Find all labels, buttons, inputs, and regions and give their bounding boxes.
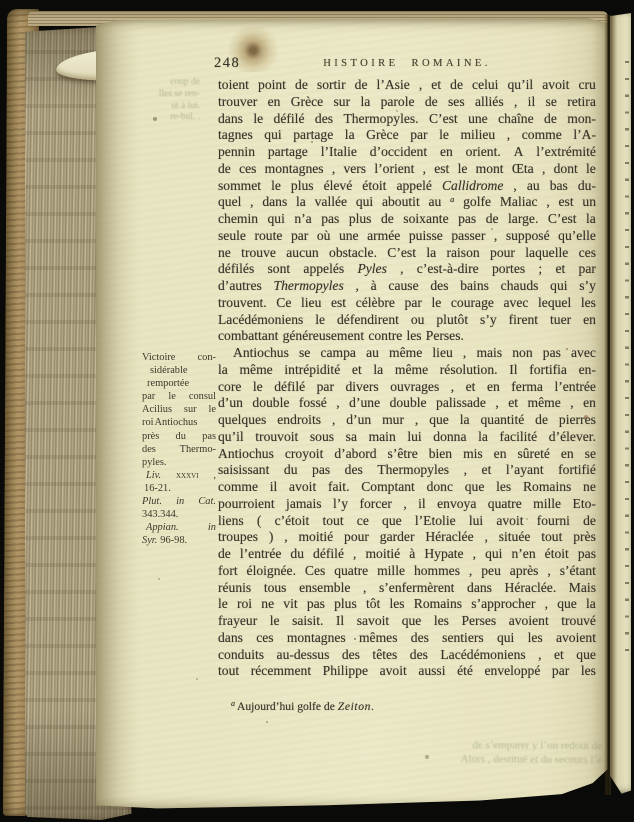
text-segment: palissade: [436, 395, 486, 411]
body-text: toientpointdesortirdel’Asie,etdeceluiqu’…: [218, 77, 596, 680]
footnote-segment: Zeiton: [338, 700, 371, 713]
text-segment: ,: [464, 462, 467, 478]
text-segment: de: [425, 94, 438, 110]
text-segment: la: [478, 429, 488, 445]
text-segment: Héraclée.: [505, 580, 557, 596]
text-segment: ,: [547, 563, 550, 579]
text-segment: de: [450, 77, 463, 93]
text-segment: Romains: [523, 479, 571, 495]
text-segment: golfe: [463, 194, 491, 210]
text-line: Antiochussecampaaumêmelieu,maisnonpasave…: [218, 345, 596, 362]
text-segment: in: [176, 496, 184, 507]
text-segment: avoit: [289, 479, 316, 495]
text-segment: celui: [472, 77, 498, 93]
text-segment: ce: [357, 513, 369, 529]
text-segment: chauds: [501, 278, 539, 294]
text-segment: ,: [336, 395, 339, 411]
text-line: Syr.96-98.: [142, 535, 216, 548]
text-segment: s’y: [480, 312, 497, 328]
text-segment: a: [450, 194, 454, 204]
text-line: d’undoublefossé,d’unedoublepalissade,etm…: [218, 395, 596, 412]
gutter-crease: [604, 15, 611, 795]
text-segment: ,: [494, 228, 497, 244]
text-segment: têtes: [372, 647, 397, 663]
text-segment: au: [366, 345, 379, 361]
text-segment: partage: [268, 144, 308, 160]
text-segment: éloignée.: [247, 563, 296, 579]
text-segment: bien: [429, 446, 452, 462]
text-segment: le: [458, 161, 468, 177]
text-line: netrouveaucunobstacle.C’estlaraisonpourl…: [218, 245, 596, 262]
text-segment: vit: [283, 596, 297, 612]
text-segment: l’entrée: [240, 546, 282, 562]
text-segment: route: [254, 228, 282, 244]
text-segment: quatre: [334, 563, 368, 579]
text-segment: plus: [334, 596, 357, 612]
text-segment: roi: [237, 596, 252, 612]
text-segment: même: [395, 362, 428, 378]
text-segment: d’autres: [218, 278, 262, 294]
text-segment: la: [345, 127, 355, 143]
text-segment: Thermopyles.: [343, 111, 418, 127]
text-segment: ,: [356, 278, 359, 294]
text-segment: en: [583, 312, 596, 328]
text-segment: à: [409, 546, 415, 562]
text-segment: double: [252, 395, 289, 411]
text-segment: ,: [513, 178, 516, 194]
text-segment: Perses.: [426, 328, 464, 344]
text-segment: peu: [481, 563, 501, 579]
text-segment: avoit: [542, 77, 569, 93]
text-segment: bains: [460, 278, 489, 294]
text-segment: Pyles: [357, 261, 386, 277]
text-segment: en-: [579, 362, 596, 378]
text-segment: été: [457, 663, 473, 679]
text-segment: obstacle.: [329, 245, 377, 261]
text-segment: ,: [403, 496, 406, 512]
text-segment: core: [218, 379, 241, 395]
text-segment: fortifié: [558, 462, 596, 478]
text-segment: avoit: [496, 513, 523, 529]
text-segment: ,: [570, 395, 573, 411]
text-segment: ,: [542, 161, 545, 177]
text-segment: des: [345, 462, 363, 478]
text-segment: Antiochus: [155, 417, 198, 428]
text-segment: par: [552, 663, 569, 679]
text-segment: lequel: [538, 295, 571, 311]
text-segment: contre: [368, 328, 402, 344]
text-segment: et: [466, 379, 476, 395]
text-segment: intrépidité: [284, 362, 340, 378]
text-segment: d’abord: [334, 446, 376, 462]
text-segment: parole: [381, 94, 415, 110]
text-line: 343.344.: [142, 509, 216, 522]
text-line: remportée: [142, 378, 216, 391]
text-segment: sûreté: [517, 446, 549, 462]
text-segment: ces: [239, 161, 256, 177]
text-line: toutrécemmentPhilippeavoitaussiétéenvelo…: [218, 663, 596, 680]
text-segment: en: [494, 446, 507, 462]
text-line: saisissantdupasdesThermopyles,etl’ayantf…: [218, 462, 596, 479]
text-segment: de: [544, 111, 557, 127]
ghost-line: de s’emparer y l’on redout de: [312, 738, 602, 754]
text-segment: remportée: [147, 378, 189, 389]
ghost-line: ut à lui.: [134, 101, 200, 113]
text-segment: que: [382, 513, 402, 529]
text-line: del’entréedudéfilé,moitiéàHypate,quin’en…: [218, 546, 596, 563]
text-segment: C’est: [548, 211, 577, 227]
text-segment: de: [355, 77, 368, 93]
text-segment: ses: [448, 94, 465, 110]
text-segment: se: [299, 345, 310, 361]
text-line: défiléssontappelésPyles,c’est-à-direport…: [218, 261, 596, 278]
text-segment: par: [317, 379, 334, 395]
text-segment: défilés: [218, 261, 254, 277]
text-segment: Lacédémoniens: [218, 312, 303, 328]
text-segment: combattant: [218, 328, 278, 344]
text-segment: armée: [367, 228, 400, 244]
text-segment: la: [460, 412, 470, 428]
text-segment: Il: [336, 613, 344, 629]
text-segment: pas: [312, 462, 330, 478]
text-segment: il: [270, 479, 278, 495]
text-segment: ,: [419, 77, 422, 93]
text-segment: qui: [268, 211, 285, 227]
text-segment: Grèce: [291, 94, 323, 110]
text-line: Antiochuscroyoitd’abords’êtrebienmisensû…: [218, 446, 596, 463]
text-segment: fortifia: [529, 362, 567, 378]
text-segment: ne: [218, 245, 231, 261]
text-segment: Philippe: [323, 663, 368, 679]
text-segment: défendirent: [337, 312, 399, 328]
text-segment: où: [317, 228, 331, 244]
text-segment: moitié: [298, 529, 333, 545]
text-segment: de: [218, 161, 231, 177]
text-segment: moitié: [365, 546, 400, 562]
text-line: sommetleplusélevéétoitappeléCallidrome,a…: [218, 178, 596, 195]
text-segment: s’enfermèrent: [379, 580, 454, 596]
text-segment: le: [315, 312, 325, 328]
text-line: trouvent.Celieuestcélèbreparlecourageave…: [218, 295, 596, 312]
text-segment: dans: [262, 194, 287, 210]
text-segment: en: [583, 395, 596, 411]
ghost-line: lles se ren-: [134, 89, 200, 101]
text-segment: en: [487, 379, 500, 395]
text-line: Liv.xxxvi,: [142, 470, 216, 483]
text-segment: étoit: [362, 178, 386, 194]
text-segment: l’Etolie: [415, 513, 456, 529]
text-segment: saisissant: [218, 462, 269, 478]
text-line: réunistousensemble,s’enfermèrentdansHéra…: [218, 580, 596, 597]
text-segment: s’être: [388, 446, 418, 462]
text-segment: du: [284, 462, 298, 478]
text-segment: élevé: [324, 178, 353, 194]
text-line: conduitsau-dessusdestêtesdesLacédémonien…: [218, 647, 596, 664]
text-segment: les: [581, 663, 596, 679]
text-segment: ;: [538, 261, 542, 277]
text-segment: des: [342, 647, 360, 663]
text-segment: d’occident: [370, 144, 427, 160]
text-segment: forcer: [359, 496, 391, 512]
text-line: coreledéfilépardiversouvrages,etenfermal…: [218, 379, 596, 396]
text-segment: Grèce: [366, 127, 398, 143]
text-segment: ,: [451, 379, 454, 395]
text-segment: donc: [427, 479, 453, 495]
text-segment: défilé: [274, 111, 305, 127]
text-segment: sortir: [317, 77, 346, 93]
text-segment: large.: [508, 211, 538, 227]
text-segment: l’extrémité: [536, 144, 596, 160]
text-line: trouverenGrècesurlaparoledesesalliés,ils…: [218, 94, 596, 111]
text-segment: Œta: [512, 161, 534, 177]
text-segment: et: [554, 647, 564, 663]
text-segment: ,: [473, 546, 476, 562]
text-line: Appian.in: [142, 522, 216, 535]
text-segment: le: [253, 379, 263, 395]
text-segment: de: [218, 546, 231, 562]
text-segment: lui: [407, 429, 421, 445]
text-segment: in: [208, 522, 216, 533]
text-segment: un: [582, 194, 596, 210]
text-segment: Ces: [305, 563, 325, 579]
text-segment: et: [352, 362, 362, 378]
text-segment: double: [390, 395, 427, 411]
text-segment: sur: [334, 94, 351, 110]
text-segment: C’est: [429, 111, 458, 127]
text-segment: quel: [218, 194, 241, 210]
text-segment: sidérable: [150, 365, 188, 376]
text-segment: résolution.: [440, 362, 498, 378]
text-segment: laquelle: [525, 245, 568, 261]
text-segment: n’a: [294, 211, 311, 227]
text-segment: pour: [344, 529, 369, 545]
text-line: 16-21.: [142, 483, 216, 496]
text-segment: pour: [490, 245, 515, 261]
text-segment: est: [559, 194, 574, 210]
text-segment: des: [411, 630, 429, 646]
text-segment: tout: [322, 513, 343, 529]
text-segment: raison: [446, 245, 479, 261]
text-segment: et: [431, 77, 441, 93]
text-segment: trouve: [241, 245, 276, 261]
text-segment: Acilius: [142, 404, 172, 415]
text-segment: une: [468, 111, 488, 127]
text-segment: étoit: [545, 546, 569, 562]
text-line: parleconsul: [142, 391, 216, 404]
text-segment: Thermopyles: [274, 278, 344, 294]
text-line: commeilavoitfait.ComptantdoncquelesRomai…: [218, 479, 596, 496]
text-segment: trouvent.: [218, 295, 267, 311]
text-segment: de: [486, 211, 499, 227]
text-segment: est: [331, 295, 346, 311]
text-segment: troupes: [218, 529, 258, 545]
text-segment: saisit.: [292, 613, 323, 629]
text-segment: pourroient: [218, 496, 275, 512]
text-segment: dans: [467, 580, 492, 596]
text-segment: aussi: [418, 663, 445, 679]
text-segment: 96-98.: [160, 535, 187, 546]
show-through-text-bottom: de s’emparer y l’on redout deAlors , des…: [312, 738, 602, 768]
text-segment: quelques: [218, 412, 266, 428]
text-line: toientpointdesortirdel’Asie,etdeceluiqu’…: [218, 77, 596, 94]
text-segment: fossé: [299, 395, 327, 411]
text-segment: Lacédémoniens: [440, 647, 525, 663]
text-segment: comme: [218, 479, 258, 495]
text-segment: pas: [458, 211, 476, 227]
text-segment: tout: [218, 663, 239, 679]
text-segment: bas: [550, 178, 568, 194]
text-segment: pas: [578, 546, 596, 562]
text-segment: Liv.: [146, 470, 161, 481]
text-segment: pas: [543, 345, 561, 361]
text-segment: des: [410, 647, 428, 663]
text-segment: dont: [554, 161, 578, 177]
text-segment: l’Italie: [321, 144, 357, 160]
book-photograph: coup delles se ren-ut à lui.re-bul. . 24…: [0, 0, 634, 822]
text-line: quelquesendroits,d’unmur,quelaquantitéde…: [218, 412, 596, 429]
text-segment: les: [528, 630, 543, 646]
text-segment: lieu: [432, 345, 452, 361]
text-segment: Antiochus: [233, 345, 289, 361]
text-segment: aboutit: [382, 194, 420, 210]
text-segment: plus: [291, 178, 314, 194]
text-segment: la: [296, 194, 306, 210]
text-segment: que: [465, 479, 485, 495]
text-segment: défilé: [274, 379, 305, 395]
text-segment: ,: [363, 580, 366, 596]
show-through-text-top: coup delles se ren-ut à lui.re-bul. .: [134, 77, 200, 124]
text-segment: pas: [202, 431, 216, 442]
text-segment: supposé: [506, 228, 550, 244]
facing-page-text-fragments: [625, 61, 629, 661]
text-segment: ces: [256, 630, 273, 646]
text-line: Aciliussurle: [142, 404, 216, 417]
text-segment: 343.344.: [142, 509, 178, 520]
text-line: Lacédémoniensledéfendirentouplutôts’yfir…: [218, 312, 596, 329]
text-segment: mêmes: [359, 630, 398, 646]
text-segment: se: [585, 446, 596, 462]
text-segment: l’ayant: [506, 462, 544, 478]
text-segment: les: [406, 328, 421, 344]
text-segment: est: [434, 161, 449, 177]
text-segment: dans: [218, 630, 243, 646]
text-segment: tout: [541, 529, 562, 545]
ghost-line: re-bul. .: [134, 112, 200, 124]
text-segment: qui: [485, 546, 502, 562]
text-segment: hommes: [414, 563, 460, 579]
text-segment: à: [371, 278, 377, 294]
text-line: d’autresThermopyles,àcausedesbainschauds…: [218, 278, 596, 295]
text-segment: l’y: [333, 496, 348, 512]
text-segment: Hypate: [424, 546, 463, 562]
text-segment: Perses: [461, 613, 496, 629]
text-segment: ensemble: [299, 580, 350, 596]
text-segment: il: [528, 94, 536, 110]
text-segment: tagnes: [218, 127, 253, 143]
text-segment: plus: [349, 211, 372, 227]
text-segment: il: [418, 496, 426, 512]
text-segment: Eto-: [573, 496, 596, 512]
text-segment: ,: [469, 563, 472, 579]
text-segment: avoit: [380, 663, 407, 679]
text-segment: ces: [579, 245, 596, 261]
text-segment: pyles.: [142, 457, 167, 468]
text-segment: le: [218, 596, 228, 612]
text-segment: mur: [382, 412, 404, 428]
text-segment: ,: [400, 261, 403, 277]
text-segment: même: [389, 345, 422, 361]
text-segment: fait.: [328, 479, 350, 495]
text-segment: de: [583, 513, 596, 529]
text-segment: facilité: [499, 429, 537, 445]
text-segment: ,: [332, 161, 335, 177]
text-segment: envoya: [437, 496, 476, 512]
text-segment: qui: [550, 278, 567, 294]
text-segment: des: [315, 111, 333, 127]
text-segment: aucun: [286, 245, 318, 261]
text-line: lamêmeintrépiditéetlamêmerésolution.Ilfo…: [218, 362, 596, 379]
text-segment: mille: [377, 563, 405, 579]
text-segment: mais: [476, 345, 502, 361]
text-line: pyles.: [142, 457, 216, 470]
text-segment: le: [168, 391, 176, 402]
text-segment: par: [579, 261, 596, 277]
text-segment: ,: [546, 194, 549, 210]
text-segment: enveloppé: [484, 663, 540, 679]
text-segment: alliés: [475, 94, 504, 110]
text-segment: mis: [463, 446, 483, 462]
text-segment: puisse: [409, 228, 443, 244]
text-segment: pas: [321, 211, 339, 227]
text-segment: pennin: [218, 144, 255, 160]
text-segment: avec: [571, 345, 596, 361]
text-segment: ,: [495, 395, 498, 411]
text-segment: ,: [538, 647, 541, 663]
text-segment: c’étoit: [275, 513, 310, 529]
text-segment: des: [430, 278, 448, 294]
text-segment: en: [268, 94, 281, 110]
text-segment: le: [431, 295, 441, 311]
text-line: Victoirecon-: [142, 352, 216, 365]
text-line: dansledéfilédesThermopyles.C’estunechaîn…: [218, 111, 596, 128]
text-segment: de: [535, 412, 548, 428]
text-segment: par: [410, 127, 427, 143]
text-segment: située: [499, 529, 531, 545]
text-segment: que: [429, 412, 449, 428]
text-segment: Thermopyles: [377, 462, 449, 478]
text-line: qu’iltrouvoitsoussamainluidonnalafacilit…: [218, 429, 596, 446]
text-line: penninpartagel’Italied’occidentenorient.…: [218, 144, 596, 161]
text-segment: célèbre: [356, 295, 395, 311]
text-segment: après: [510, 563, 539, 579]
text-segment: qu’elle: [558, 228, 596, 244]
text-segment: au: [429, 194, 442, 210]
text-line: roiAntiochus: [142, 417, 216, 430]
text-segment: mille: [533, 496, 561, 512]
text-segment: vers: [343, 161, 366, 177]
text-segment: consul: [189, 391, 216, 402]
text-segment: soixante: [403, 211, 448, 227]
text-segment: trouvoit: [255, 429, 298, 445]
text-segment: ,: [250, 194, 253, 210]
text-segment: con-: [198, 352, 216, 363]
text-segment: du: [290, 546, 304, 562]
text-segment: sa: [346, 429, 357, 445]
text-segment: Callidrome: [442, 178, 503, 194]
text-segment: la: [218, 362, 228, 378]
text-segment: toient: [218, 77, 249, 93]
text-segment: ,: [514, 94, 517, 110]
